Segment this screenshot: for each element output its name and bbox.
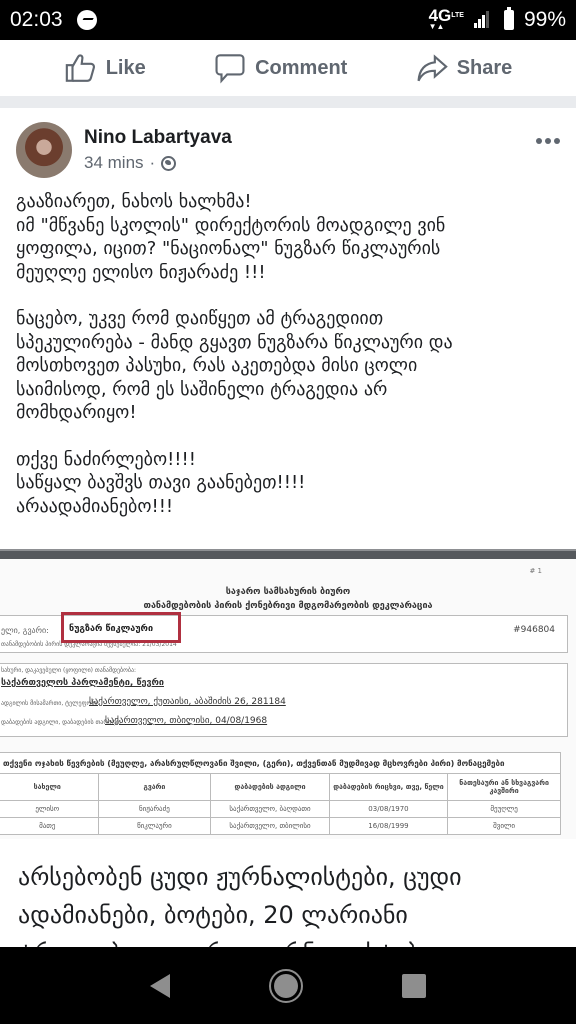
table-header: ნათესაური ან სხვაგვარი კავშირი (448, 774, 561, 801)
document-title: საჯარო სამსახურის ბიურო თანამდებობის პირ… (0, 585, 576, 613)
dot-icon (545, 138, 551, 144)
author-info: Nino Labartyava 34 mins · (84, 127, 232, 173)
post-line: საწყალ ბავშვს თავი გაანებეთ!!!! (16, 471, 560, 495)
comment-button[interactable]: Comment (213, 51, 347, 85)
table-cell: საქართველო, ბაღდათი (211, 801, 329, 818)
dot-icon (536, 138, 542, 144)
org-label: სახური, დაკავებული (ყოფილი) თანამდებობა: (1, 667, 136, 674)
document-page-number: # 1 (529, 567, 542, 575)
signal-icon (474, 10, 494, 30)
table-cell: წიკლაური (98, 818, 211, 835)
comment-label: Comment (255, 57, 347, 80)
post-line: მეუღლე ელისო ნიჟარაძე !!! (16, 261, 560, 285)
like-label: Like (106, 57, 146, 80)
post-action-bar: Like Comment Share (0, 40, 576, 96)
table-cell: საქართველო, თბილისი (211, 818, 329, 835)
table-header: დაბადების რიცხვი, თვე, წელი (329, 774, 447, 801)
address-label: ადგილის მისამართი, ტელეფონი: (1, 700, 100, 707)
post-line: ადამიანები, ბოტები, 20 ლარიანი (18, 896, 560, 934)
battery-percent: 99% (524, 8, 566, 32)
birth-label: დაბადების ადგილი, დაბადების თარიღი: (1, 719, 121, 726)
post-line: ყოფილა, იცით? "ნაციონალ" ნუგზარ წიკლაური… (16, 237, 560, 261)
status-bar: 02:03 4GLTE ▼▲ 99% (0, 0, 576, 40)
network-sub-label: LTE (451, 12, 464, 19)
post-line: სპეკულირება - მანდ გყავთ ნუგზარა წიკლაურ… (16, 331, 560, 355)
back-icon[interactable] (150, 974, 170, 998)
share-button[interactable]: Share (415, 51, 513, 85)
more-options-button[interactable] (536, 138, 560, 144)
post-paragraph: გააზიარეთ, ნახოს ხალხმა! იმ "მწვანე სკოლ… (16, 190, 560, 284)
messenger-icon (77, 10, 97, 30)
table-cell: 16/08/1999 (329, 818, 447, 835)
android-nav-bar (0, 947, 576, 1024)
home-dot (274, 974, 298, 998)
address-value: საქართველო, ქუთაისი, აბაშიძის 26, 281184 (89, 697, 286, 707)
post-line: არაადამიანებო!!! (16, 495, 560, 519)
table-cell: 03/08/1970 (329, 801, 447, 818)
post-line: თქვე ნაძირლებო!!!! (16, 448, 560, 472)
document-title-line: თანამდებობის პირის ქონებრივი მდგომარეობი… (0, 599, 576, 613)
post-time[interactable]: 34 mins (84, 153, 144, 173)
author-avatar[interactable] (16, 122, 72, 178)
document-title-line: საჯარო სამსახურის ბიურო (0, 585, 576, 599)
author-name[interactable]: Nino Labartyava (84, 127, 232, 149)
post-line: ნაცებო, უკვე რომ დაიწყეთ ამ ტრაგედიით (16, 307, 560, 331)
table-cell: მეუღლე (448, 801, 561, 818)
status-time: 02:03 (10, 8, 63, 32)
dot-icon (554, 138, 560, 144)
globe-icon (161, 156, 176, 171)
table-row: ელისო ნიჟარაძე საქართველო, ბაღდათი 03/08… (0, 801, 561, 818)
meta-separator: · (150, 153, 156, 173)
feed-separator (0, 96, 576, 108)
thumbs-up-icon (64, 51, 98, 85)
birth-value: საქართველო, თბილისი, 04/08/1968 (105, 716, 267, 726)
post-meta: 34 mins · (84, 153, 232, 173)
status-indicators: 4GLTE ▼▲ 99% (429, 8, 566, 32)
network-4g-icon: 4GLTE ▼▲ (429, 9, 464, 31)
table-header: სახელი (0, 774, 98, 801)
table-cell: ნიჟარაძე (98, 801, 211, 818)
table-header: დაბადების ადგილი (211, 774, 329, 801)
post-line: მოსთხოვეთ პასუხი, რას აკეთებდა მისი ცოლი (16, 354, 560, 378)
like-button[interactable]: Like (64, 51, 146, 85)
table-header: გვარი (98, 774, 211, 801)
share-label: Share (457, 57, 513, 80)
document-details-box: სახური, დაკავებული (ყოფილი) თანამდებობა:… (0, 663, 568, 737)
table-row: მათე წიკლაური საქართველო, თბილისი 16/08/… (0, 818, 561, 835)
table-cell: მათე (0, 818, 98, 835)
document-top-bar (0, 549, 576, 559)
share-icon (415, 51, 449, 85)
post-body: გააზიარეთ, ნახოს ხალხმა! იმ "მწვანე სკოლ… (16, 190, 560, 541)
post-line: იმ "მწვანე სკოლის" დირექტორის მოადგილე ვ… (16, 214, 560, 238)
battery-icon (504, 10, 514, 30)
table-caption: თქვენი ოჯახის წევრების (მეუღლე, არასრულწ… (0, 753, 561, 774)
org-value: საქართველოს პარლამენტი, წევრი (1, 678, 164, 688)
post-line: მომხდარიყო! (16, 401, 560, 425)
table-header-row: სახელი გვარი დაბადების ადგილი დაბადების … (0, 774, 561, 801)
declaration-document-image[interactable]: # 1 საჯარო სამსახურის ბიურო თანამდებობის… (0, 549, 576, 839)
post-paragraph: თქვე ნაძირლებო!!!! საწყალ ბავშვს თავი გა… (16, 448, 560, 519)
declaration-id: #946804 (513, 625, 555, 635)
home-icon[interactable] (269, 969, 303, 1003)
recents-icon[interactable] (402, 974, 426, 998)
post-header: Nino Labartyava 34 mins · (16, 118, 560, 182)
red-highlight-box (61, 612, 181, 643)
table-cell: შვილი (448, 818, 561, 835)
name-label: ელი, გვარი: (1, 626, 49, 635)
family-members-table: თქვენი ოჯახის წევრების (მეუღლე, არასრულწ… (0, 752, 561, 835)
post-line: საიმისოდ, რომ ეს საშინელი ტრაგედია არ (16, 378, 560, 402)
post-line: გააზიარეთ, ნახოს ხალხმა! (16, 190, 560, 214)
comment-icon (213, 51, 247, 85)
table-cell: ელისო (0, 801, 98, 818)
post-paragraph: ნაცებო, უკვე რომ დაიწყეთ ამ ტრაგედიით სპ… (16, 307, 560, 425)
post-line: არსებობენ ცუდი ჟურნალისტები, ცუდი (18, 858, 560, 896)
